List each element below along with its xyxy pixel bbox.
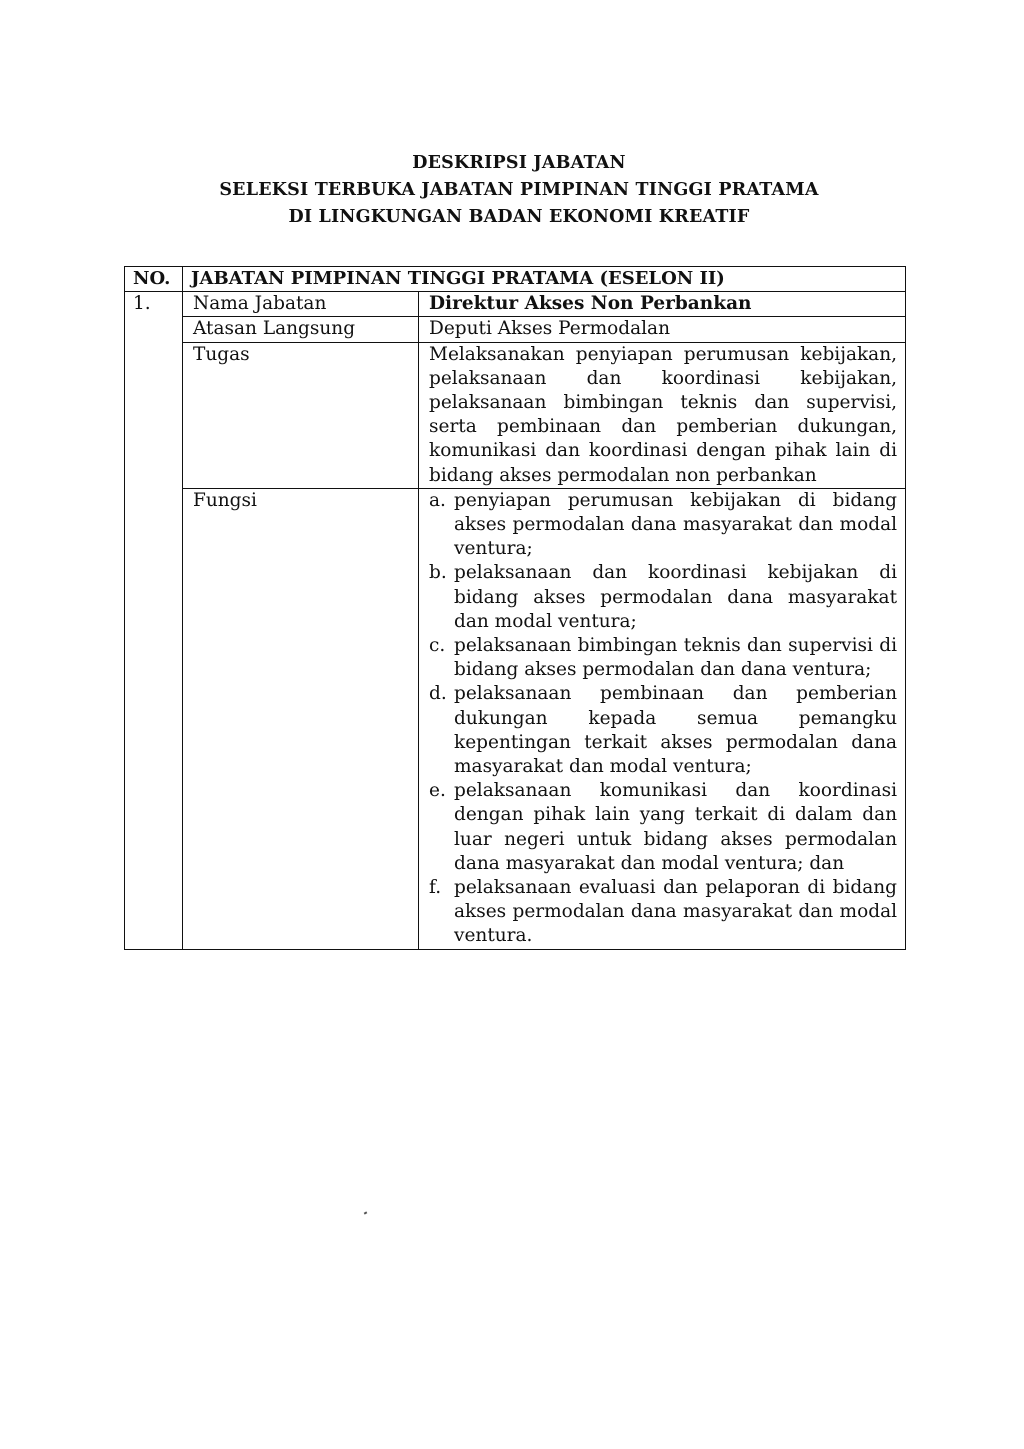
tugas-text: Melaksanakan penyiapan perumusan kebijak… [429, 343, 897, 488]
table-row: Tugas Melaksanakan penyiapan perumusan k… [125, 342, 906, 488]
list-item-text: pelaksanaan bimbingan teknis dan supervi… [454, 634, 897, 682]
row-number: 1. [125, 292, 183, 949]
list-item-text: pelaksanaan dan koordinasi kebijakan di … [454, 561, 897, 634]
value-fungsi: a. penyiapan perumusan kebijakan di bida… [419, 488, 906, 949]
label-tugas: Tugas [183, 342, 419, 488]
title-line-3: DI LINGKUNGAN BADAN EKONOMI KREATIF [14, 204, 1024, 231]
list-marker: a. [429, 489, 454, 562]
list-item: f. pelaksanaan evaluasi dan pelaporan di… [429, 876, 897, 949]
label-fungsi: Fungsi [183, 488, 419, 949]
list-marker: f. [429, 876, 454, 949]
list-item: b. pelaksanaan dan koordinasi kebijakan … [429, 561, 897, 634]
list-marker: e. [429, 779, 454, 876]
list-marker: b. [429, 561, 454, 634]
title-line-1: DESKRIPSI JABATAN [14, 150, 1024, 177]
job-description-table: NO. JABATAN PIMPINAN TINGGI PRATAMA (ESE… [124, 266, 906, 950]
list-item-text: pelaksanaan evaluasi dan pelaporan di bi… [454, 876, 897, 949]
list-item: d. pelaksanaan pembinaan dan pemberian d… [429, 682, 897, 779]
header-position: JABATAN PIMPINAN TINGGI PRATAMA (ESELON … [183, 267, 906, 292]
list-marker: c. [429, 634, 454, 682]
value-nama-jabatan: Direktur Akses Non Perbankan [419, 292, 906, 317]
label-atasan-langsung: Atasan Langsung [183, 317, 419, 342]
header-no: NO. [125, 267, 183, 292]
table-header-row: NO. JABATAN PIMPINAN TINGGI PRATAMA (ESE… [125, 267, 906, 292]
list-item: a. penyiapan perumusan kebijakan di bida… [429, 489, 897, 562]
list-marker: d. [429, 682, 454, 779]
list-item-text: penyiapan perumusan kebijakan di bidang … [454, 489, 897, 562]
table-row: Fungsi a. penyiapan perumusan kebijakan … [125, 488, 906, 949]
fungsi-list: a. penyiapan perumusan kebijakan di bida… [429, 489, 897, 949]
title-line-2: SELEKSI TERBUKA JABATAN PIMPINAN TINGGI … [14, 177, 1024, 204]
value-tugas: Melaksanakan penyiapan perumusan kebijak… [419, 342, 906, 488]
table-row: 1. Nama Jabatan Direktur Akses Non Perba… [125, 292, 906, 317]
list-item: e. pelaksanaan komunikasi dan koordinasi… [429, 779, 897, 876]
scan-speck [364, 1211, 368, 1214]
list-item: c. pelaksanaan bimbingan teknis dan supe… [429, 634, 897, 682]
table-row: Atasan Langsung Deputi Akses Permodalan [125, 317, 906, 342]
list-item-text: pelaksanaan pembinaan dan pemberian duku… [454, 682, 897, 779]
list-item-text: pelaksanaan komunikasi dan koordinasi de… [454, 779, 897, 876]
label-nama-jabatan: Nama Jabatan [183, 292, 419, 317]
document-title: DESKRIPSI JABATAN SELEKSI TERBUKA JABATA… [0, 150, 1024, 231]
value-atasan-langsung: Deputi Akses Permodalan [419, 317, 906, 342]
